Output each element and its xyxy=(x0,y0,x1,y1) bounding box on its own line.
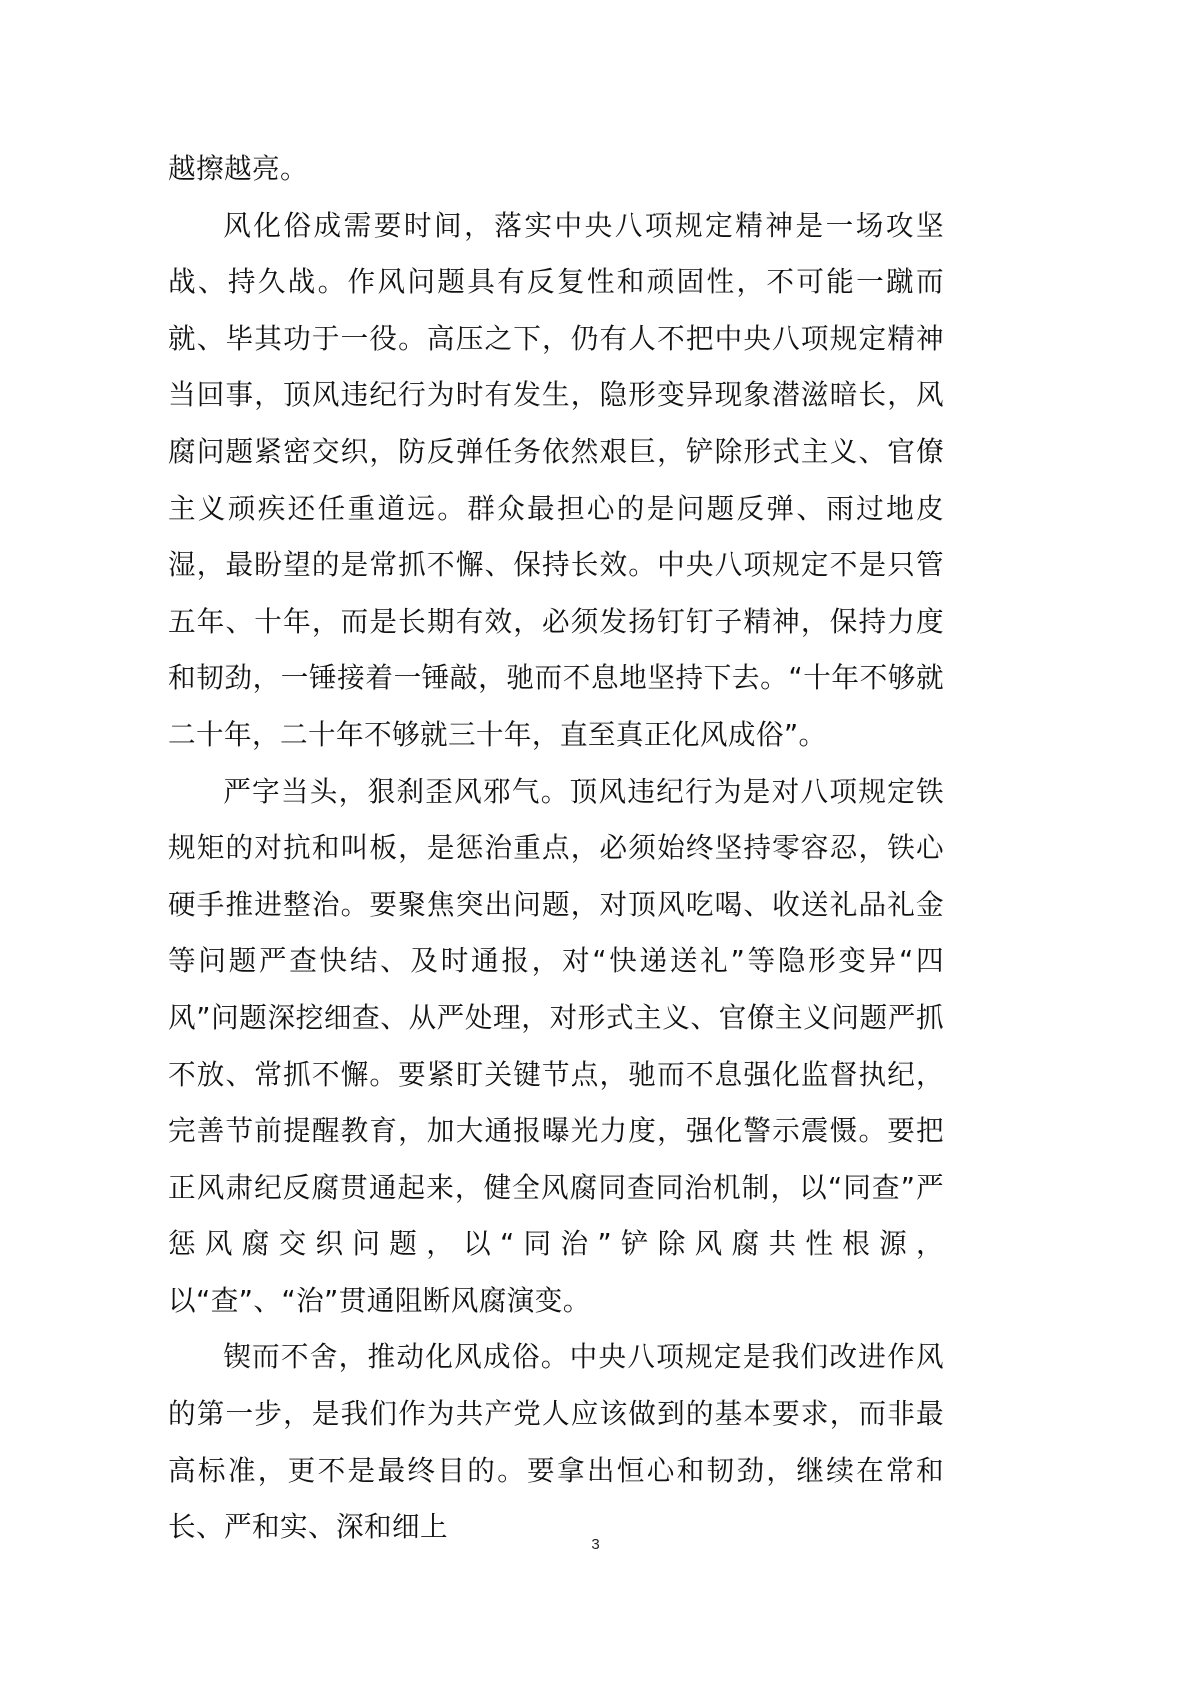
paragraph-strict-rectification: 严字当头，狠刹歪风邪气。顶风违纪行为是对八项规定铁规矩的对抗和叫板，是惩治重点，… xyxy=(168,764,944,1330)
paragraph-persistent-change: 锲而不舍，推动化风成俗。中央八项规定是我们改进作风的第一步，是我们作为共产党人应… xyxy=(168,1329,944,1555)
paragraph-long-term-effort: 风化俗成需要时间，落实中央八项规定精神是一场攻坚战、持久战。作风问题具有反复性和… xyxy=(168,198,944,764)
document-body: 越擦越亮。 风化俗成需要时间，落实中央八项规定精神是一场攻坚战、持久战。作风问题… xyxy=(168,141,944,1556)
paragraph-continuation: 越擦越亮。 xyxy=(168,141,944,198)
document-page: 越擦越亮。 风化俗成需要时间，落实中央八项规定精神是一场攻坚战、持久战。作风问题… xyxy=(0,0,1191,1684)
page-number: 3 xyxy=(0,1536,1191,1553)
